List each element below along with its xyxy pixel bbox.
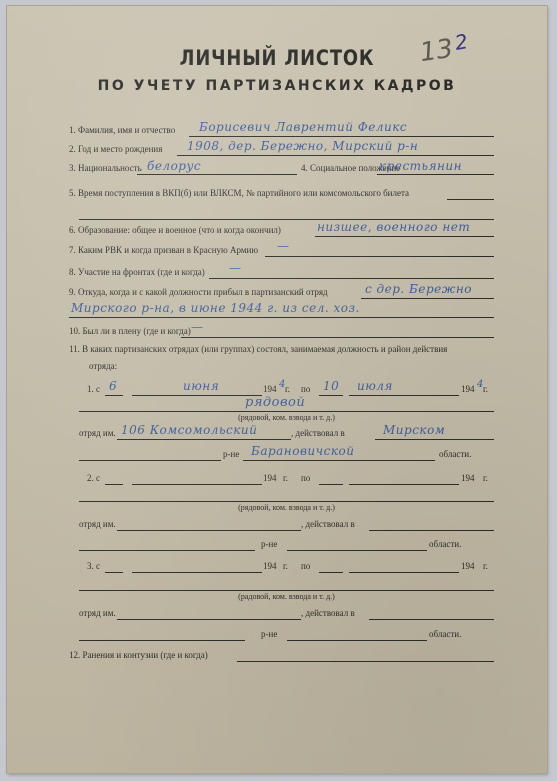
detachment-2-name: отряд им. , действовал в (79, 517, 494, 533)
to-label: по (301, 384, 310, 394)
acted-in-label: , действовал в (301, 608, 355, 618)
field-label: 1. Фамилия, имя и отчество (69, 125, 175, 135)
fill-line (105, 484, 123, 485)
fill-line (237, 661, 494, 662)
to-year: 194 (461, 561, 475, 571)
fill-line (117, 530, 301, 531)
field-label: 3. Национальность (69, 163, 142, 173)
fill-line (287, 640, 427, 641)
fill-line (117, 619, 301, 620)
fill-line (375, 439, 494, 440)
year-suffix: г. (283, 473, 288, 483)
document-page: ЛИЧНЫЙ ЛИСТОК ПО УЧЕТУ ПАРТИЗАНСКИХ КАДР… (7, 6, 547, 773)
field-party: 5. Время поступления в ВКП(б) или ВЛКСМ,… (69, 186, 494, 202)
fill-line (69, 317, 494, 318)
to-label: по (301, 561, 310, 571)
detachment-number: 2. с (87, 473, 100, 483)
detachment-3-dates: 3. с 194 г. по 194 г. (87, 559, 494, 575)
fill-line (177, 155, 494, 156)
handwritten-value: Мирского р-на, в июне 1944 г. из сел. хо… (71, 301, 360, 315)
fill-line (132, 395, 262, 396)
field-wounds: 12. Ранения и контузии (где и когда) (69, 648, 494, 664)
raion-label: р-не (223, 449, 239, 459)
field-detachments-cont: отряда: (89, 359, 514, 375)
fill-line (79, 590, 494, 591)
year-suffix: г. (483, 561, 488, 571)
handwritten-value: — (191, 320, 204, 334)
fill-line (105, 395, 123, 396)
handwritten-value: 1908, дер. Бережно, Мирский р-н (187, 139, 418, 153)
fill-line (361, 298, 494, 299)
field-label: 10. Был ли в плену (где и когда) (69, 326, 191, 336)
field-label: 7. Каким РВК и когда призван в Красную А… (69, 245, 258, 255)
from-month: июня (183, 379, 219, 393)
field-nationality: 3. Национальность белорус 4. Социальное … (69, 161, 494, 177)
detachment-label: отряд им. (79, 428, 116, 438)
to-month: июля (357, 379, 393, 393)
handwritten-value: — (277, 239, 290, 253)
year-suffix: г. (483, 384, 488, 394)
fill-line (189, 136, 494, 137)
acted-in-label: , действовал в (291, 428, 345, 438)
oblast-label: области. (439, 449, 471, 459)
detachment-3-name: отряд им. , действовал в (79, 606, 494, 622)
handwritten-value: с дер. Бережно (365, 282, 472, 296)
fill-line (287, 550, 427, 551)
from-year: 194 (263, 561, 277, 571)
fill-line (105, 572, 123, 573)
fill-line (79, 460, 221, 461)
fill-line (315, 236, 494, 237)
field-label: 2. Год и место рождения (69, 144, 162, 154)
acted-in-label: , действовал в (301, 519, 355, 529)
handwritten-value: — (229, 261, 242, 275)
raion-value: Мирском (383, 423, 445, 437)
fill-line (319, 395, 343, 396)
from-year: 194 (263, 384, 277, 394)
document-subtitle: ПО УЧЕТУ ПАРТИЗАНСКИХ КАДРОВ (7, 78, 547, 94)
field-label: 12. Ранения и контузии (где и когда) (69, 650, 208, 660)
fill-line (79, 501, 494, 502)
field-military-call: 7. Каким РВК и когда призван в Красную А… (69, 243, 494, 259)
field-arrival-cont: Мирского р-на, в июне 1944 г. из сел. хо… (69, 304, 494, 320)
fill-line (132, 484, 262, 485)
field-label: 9. Откуда, когда и с какой должности при… (69, 287, 328, 297)
fill-line (243, 460, 435, 461)
detachment-2-region: р-не области. (79, 537, 494, 553)
handwritten-value: низшее, военного нет (317, 220, 470, 234)
fill-line (79, 411, 494, 412)
field-label: 11. В каких партизанских отрядах (или гр… (69, 344, 447, 354)
fill-line (265, 256, 494, 257)
fill-line (369, 530, 494, 531)
field-full-name: 1. Фамилия, имя и отчество Борисевич Лав… (69, 123, 494, 139)
detachment-1-name: отряд им. 106 Комсомольский , действовал… (79, 426, 494, 442)
fill-line (79, 640, 245, 641)
position-caption: (рядовой, ком. взвода и т. д.) (79, 413, 494, 422)
to-label: по (301, 473, 310, 483)
field-label: 8. Участие на фронтах (где и когда) (69, 267, 205, 277)
detachment-2-dates: 2. с 194 г. по 194 г. (87, 471, 494, 487)
from-day: 6 (109, 379, 117, 393)
field-education: 6. Образование: общее и военное (что и к… (69, 223, 494, 239)
fill-line (79, 550, 255, 551)
oblast-label: области. (429, 539, 461, 549)
detachment-label: отряд им. (79, 608, 116, 618)
field-label: 6. Образование: общее и военное (что и к… (69, 225, 281, 235)
position-caption: (рядовой, ком. взвода и т. д.) (79, 503, 494, 512)
to-day: 10 (323, 379, 339, 393)
fill-line (132, 572, 262, 573)
field-captivity: 10. Был ли в плену (где и когда) — (69, 324, 494, 340)
handwritten-value: белорус (147, 159, 201, 173)
handwritten-value: Борисевич Лаврентий Феликс (199, 120, 407, 134)
field-fronts: 8. Участие на фронтах (где и когда) — (69, 265, 494, 281)
detachment-number: 3. с (87, 561, 100, 571)
fill-line (319, 484, 343, 485)
detachment-label: отряд им. (79, 519, 116, 529)
archive-number: 13 (418, 34, 455, 68)
detachment-number: 1. с (87, 384, 100, 394)
fill-line (377, 174, 494, 175)
field-label: отряда: (89, 361, 117, 371)
oblast-value: Барановичской (251, 444, 354, 458)
from-year: 194 (263, 473, 277, 483)
fill-line (447, 199, 494, 200)
detachment-1-region: р-не Барановичской области. (79, 447, 494, 463)
raion-label: р-не (261, 539, 277, 549)
position-caption: (радовой, ком. взвода и т. д.) (79, 592, 494, 601)
fill-line (117, 439, 291, 440)
to-year: 194 (461, 384, 475, 394)
detachment-1-position: рядовой (245, 395, 305, 410)
fill-line (349, 572, 459, 573)
fill-line (349, 484, 459, 485)
field-label: 5. Время поступления в ВКП(б) или ВЛКСМ,… (69, 188, 409, 198)
field-arrival: 9. Откуда, когда и с какой должности при… (69, 285, 494, 301)
year-suffix: г. (283, 561, 288, 571)
detachment-3-region: р-не области. (79, 627, 494, 643)
fill-line (209, 278, 494, 279)
fill-line (319, 572, 343, 573)
field-detachments: 11. В каких партизанских отрядах (или гр… (69, 342, 494, 358)
year-suffix: г. (285, 384, 290, 394)
fill-line (349, 395, 459, 396)
fill-line (137, 174, 297, 175)
raion-label: р-не (261, 629, 277, 639)
archive-number-superscript: 2 (453, 29, 470, 55)
to-year: 194 (461, 473, 475, 483)
year-suffix: г. (483, 473, 488, 483)
fill-line (369, 619, 494, 620)
field-birth: 2. Год и место рождения 1908, дер. Береж… (69, 142, 494, 158)
handwritten-value-social: крестьянин (379, 159, 462, 173)
detachment-name: 106 Комсомольский (121, 423, 257, 437)
fill-line (181, 337, 494, 338)
oblast-label: области. (429, 629, 461, 639)
